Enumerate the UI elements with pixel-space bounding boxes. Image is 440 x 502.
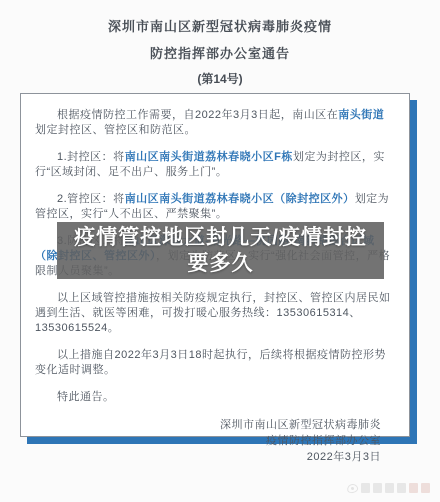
notice-number: (第14号)	[0, 70, 440, 87]
watermark	[347, 482, 430, 494]
caption-overlay-banner: 疫情管控地区封几天/疫情封控 要多久	[57, 222, 384, 279]
weibo-camera-icon	[346, 482, 359, 493]
watermark-text-blur	[361, 483, 370, 493]
notice-paragraph: 1.封控区：将南山区南头街道荔林春晓小区F栋划定为封控区，实行“区域封闭、足不出…	[35, 150, 395, 180]
notice-paragraph: 以上措施自2022年3月3日18时起执行，后续将根据疫情防控形势变化适时调整。	[35, 348, 395, 378]
notice-title-line2: 防控指挥部办公室通告	[0, 43, 440, 62]
notice-title-line1: 深圳市南山区新型冠状病毒肺炎疫情	[0, 16, 440, 35]
watermark-text-blur	[409, 483, 418, 493]
watermark-text-blur	[385, 483, 394, 493]
signature-block: 深圳市南山区新型冠状病毒肺炎 疫情防控指挥部办公室 2022年3月3日	[35, 417, 395, 465]
caption-overlay-line2: 要多久	[188, 251, 254, 277]
watermark-text-blur	[373, 483, 382, 493]
watermark-text-blur	[397, 483, 406, 493]
notice-title-block: 深圳市南山区新型冠状病毒肺炎疫情 防控指挥部办公室通告 (第14号)	[0, 16, 440, 87]
notice-paragraph: 2.管控区：将南山区南头街道荔林春晓小区（除封控区外）划定为管控区，实行“人不出…	[35, 192, 395, 222]
watermark-text-blur	[421, 483, 430, 493]
signature-org-line1: 深圳市南山区新型冠状病毒肺炎	[35, 417, 381, 433]
notice-paragraph: 特此通告。	[35, 390, 395, 405]
caption-overlay-line1: 疫情管控地区封几天/疫情封控	[74, 225, 367, 251]
notice-paragraph: 根据疫情防控工作需要，自2022年3月3日起，南山区在南头街道划定封控区、管控区…	[35, 108, 395, 138]
signature-org-line2: 疫情防控指挥部办公室	[35, 433, 381, 449]
signature-date: 2022年3月3日	[35, 449, 381, 465]
notice-paragraph: 以上区域管控措施按相关防疫规定执行，封控区、管控区内居民如遇到生活、就医等困难，…	[35, 291, 395, 336]
notice-image-page: 深圳市南山区新型冠状病毒肺炎疫情 防控指挥部办公室通告 (第14号) 根据疫情防…	[0, 0, 440, 502]
